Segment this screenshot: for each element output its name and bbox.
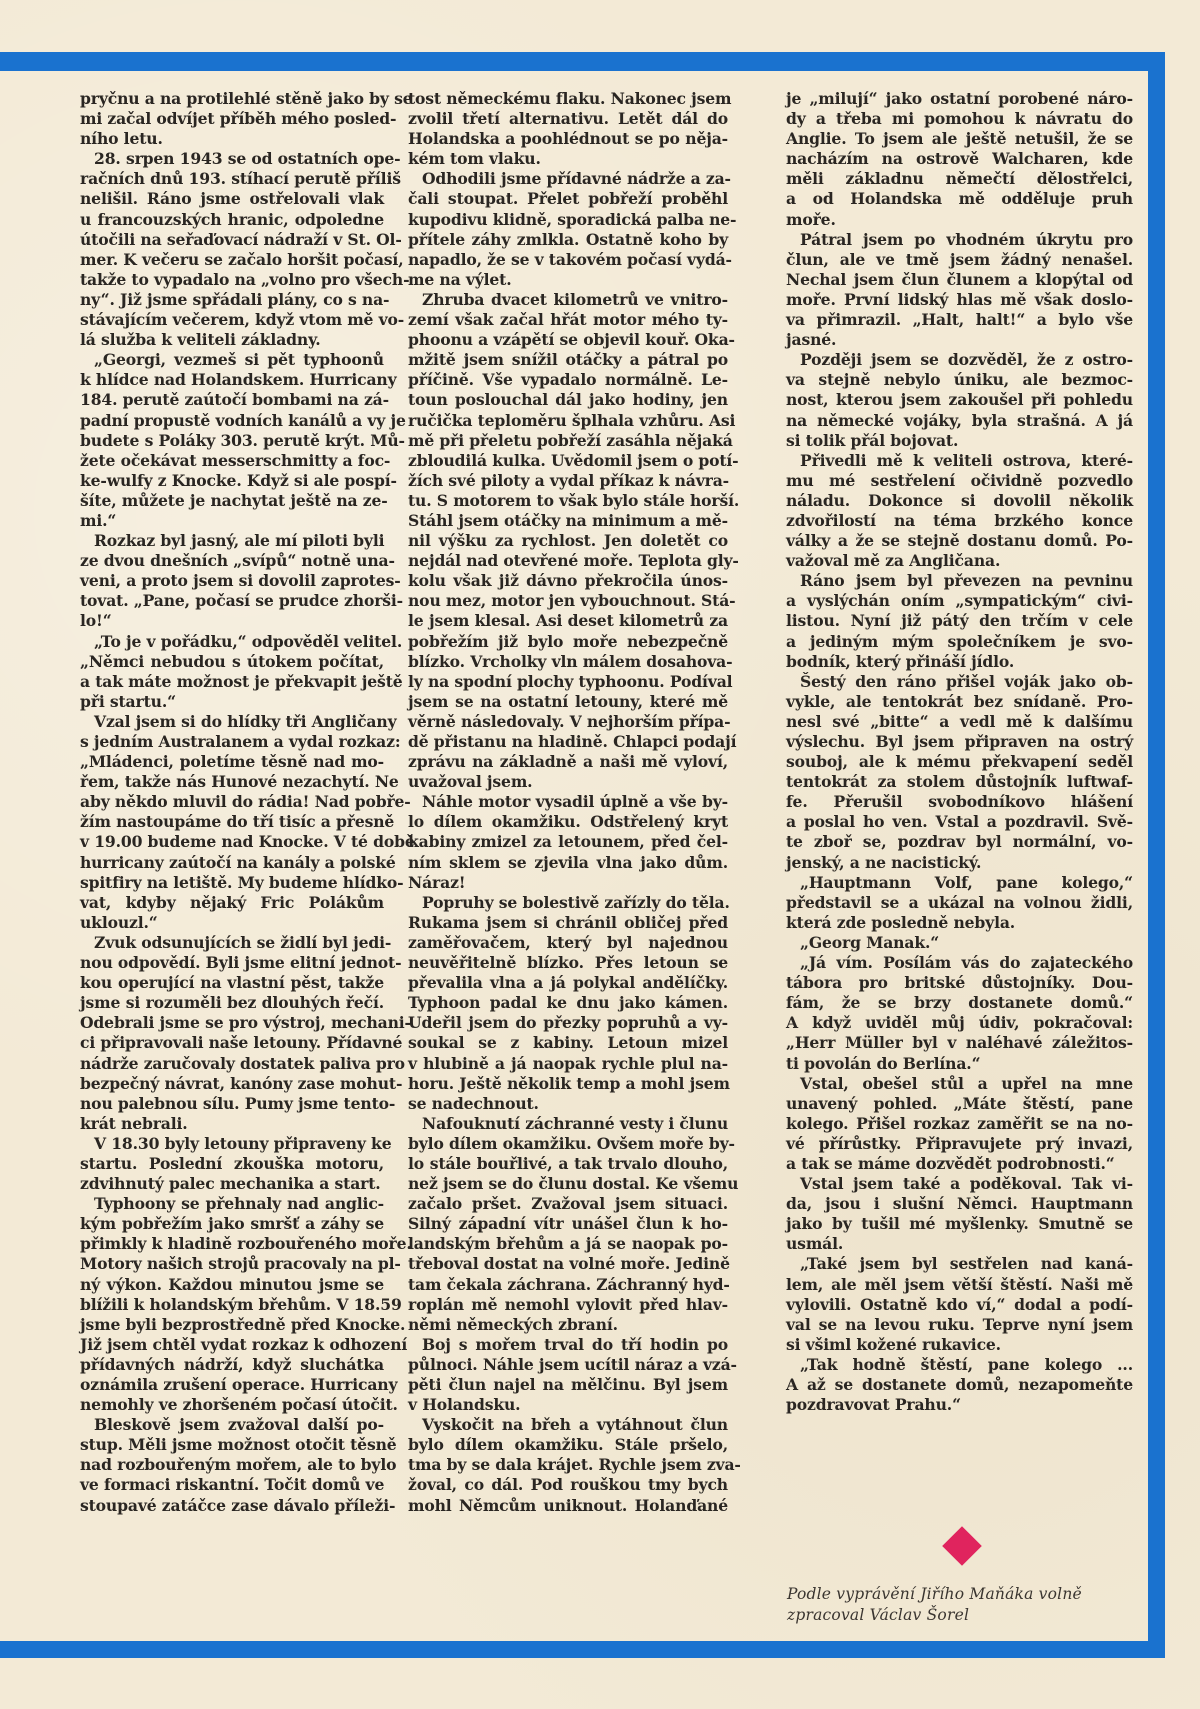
text-line: nádrže zaručovaly dostatek paliva pro <box>80 1054 384 1074</box>
text-line: Typhoony se přehnaly nad anglic- <box>80 1194 384 1214</box>
text-line: roplán mě nemohl vylovit před hlav- <box>408 1295 728 1315</box>
text-line: dy a třeba mi pomohou k návratu do <box>786 109 1133 129</box>
text-line: budete s Poláky 303. perutě krýt. Mů- <box>80 431 384 451</box>
text-line: kou operující na vlastní pěst, takže <box>80 973 384 993</box>
text-line: u francouzských hranic, odpoledne <box>80 210 384 230</box>
text-line: ručička teploměru šplhala vzhůru. Asi <box>408 411 728 431</box>
text-line: fe. Přerušil svobodníkovo hlášení <box>786 792 1133 812</box>
text-line: vylovili. Ostatně kdo ví,“ dodal a podí- <box>786 1295 1133 1315</box>
text-line: pozdravovat Prahu.“ <box>786 1395 1133 1415</box>
text-line: souboj, ale k mému překvapení seděl <box>786 752 1133 772</box>
text-line: kým pobřežím jako smršť a záhy se <box>80 1214 384 1234</box>
text-line: mer. K večeru se začalo horšit počasí, <box>80 250 384 270</box>
text-line: jsem se na ostatní letouny, které mě <box>408 692 728 712</box>
text-line: toun poslouchal dál jako hodiny, jen <box>408 390 728 410</box>
text-line: usmál. <box>786 1234 1133 1254</box>
text-line: zaměřovačem, který byl najednou <box>408 933 728 953</box>
text-line: a poslal ho ven. Vstal a pozdravil. Svě- <box>786 812 1133 832</box>
text-line: mi.“ <box>80 511 384 531</box>
text-line: žoval, co dál. Pod rouškou tmy bych <box>408 1475 728 1495</box>
text-line: Již jsem chtěl vydat rozkaz k odhození <box>80 1335 384 1355</box>
text-line: horu. Ještě několik temp a mohl jsem <box>408 1074 728 1094</box>
text-line: začalo pršet. Zvažoval jsem situaci. <box>408 1194 728 1214</box>
text-line: veni, a proto jsem si dovolil zaprotes- <box>80 571 384 591</box>
text-line: války a že se stejně dostanu domů. Po- <box>786 531 1133 551</box>
text-line: zvolil třetí alternativu. Letět dál do <box>408 109 728 129</box>
article-column-3: je „milují“ jako ostatní porobené náro-d… <box>786 89 1133 1415</box>
text-line: převalila vlna a já polykal andělíčky. <box>408 973 728 993</box>
text-line: nou palebnou sílu. Pumy jsme tento- <box>80 1094 384 1114</box>
text-line: le jsem klesal. Asi deset kilometrů za <box>408 611 728 631</box>
text-line: važoval mě za Angličana. <box>786 551 1133 571</box>
text-line: útočili na seřaďovací nádraží v St. Ol- <box>80 230 384 250</box>
text-line: tu. S motorem to však bylo stále horší. <box>408 491 728 511</box>
text-line: tost německému flaku. Nakonec jsem <box>408 89 728 109</box>
text-line: mi začal odvíjet příběh mého posled- <box>80 109 384 129</box>
text-line: lo dílem okamžiku. Odstřelený kryt <box>408 812 728 832</box>
text-line: Vstal jsem také a poděkoval. Tak vi- <box>786 1174 1133 1194</box>
text-line: nelišil. Ráno jsme ostřelovali vlak <box>80 189 384 209</box>
text-line: přídavných nádrží, když sluchátka <box>80 1355 384 1375</box>
text-line: náladu. Dokonce si dovolil několik <box>786 491 1133 511</box>
text-line: Motory našich strojů pracovaly na pl- <box>80 1254 384 1274</box>
text-line: Vstal, obešel stůl a upřel na mne <box>786 1074 1133 1094</box>
text-line: ci připravovali naše letouny. Přídavné <box>80 1033 384 1053</box>
text-line: 28. srpen 1943 se od ostatních ope- <box>80 149 384 169</box>
text-line: Odhodili jsme přídavné nádrže a za- <box>408 169 728 189</box>
text-line: stup. Měli jsme možnost otočit těsně <box>80 1435 384 1455</box>
text-line: lá služba k veliteli základny. <box>80 330 384 350</box>
text-line: a tak máte možnost je překvapit ještě <box>80 672 384 692</box>
text-line: pobřežím již bylo moře nebezpečně <box>408 632 728 652</box>
text-line: než jsem se do člunu dostal. Ke všemu <box>408 1174 728 1194</box>
text-line: Vyskočit na břeh a vytáhnout člun <box>408 1415 728 1435</box>
text-line: Náraz! <box>408 873 728 893</box>
text-line: pryčnu a na protilehlé stěně jako by se <box>80 89 384 109</box>
text-line: A když uviděl můj údiv, pokračoval: <box>786 1013 1133 1033</box>
text-line: me na výlet. <box>408 270 728 290</box>
text-line: moře. První lidský hlas mě však doslo- <box>786 290 1133 310</box>
text-line: žím nastoupáme do tří tisíc a přesně <box>80 812 384 832</box>
credit-line-2: zpracoval Václav Šorel <box>787 1605 1137 1626</box>
text-line: takže to vypadalo na „volno pro všech- <box>80 270 384 290</box>
text-line: „To je v pořádku,“ odpověděl velitel. <box>80 632 384 652</box>
text-line: v 19.00 budeme nad Knocke. V té době <box>80 832 384 852</box>
text-line: stoupavé zatáčce zase dávalo příleži- <box>80 1496 384 1516</box>
text-line: žích své piloty a vydal příkaz k návra- <box>408 471 728 491</box>
text-line: kabiny zmizel za letounem, před čel- <box>408 832 728 852</box>
text-line: bezpečný návrat, kanóny zase mohut- <box>80 1074 384 1094</box>
text-line: Holandska a poohlédnout se po něja- <box>408 129 728 149</box>
text-line: da, jsou i slušní Němci. Hauptmann <box>786 1194 1133 1214</box>
text-line: půlnoci. Náhle jsem ucítil náraz a vzá- <box>408 1355 728 1375</box>
author-credit: Podle vyprávění Jiřího Maňáka volně zpra… <box>787 1584 1137 1626</box>
text-line: představil se a ukázal na volnou židli, <box>786 893 1133 913</box>
text-line: Bleskově jsem zvažoval další po- <box>80 1415 384 1435</box>
text-line: ním sklem se zjevila vlna jako dům. <box>408 853 728 873</box>
text-line: věrně následovaly. V nejhorším přípa- <box>408 712 728 732</box>
text-line: tábora pro britské důstojníky. Dou- <box>786 973 1133 993</box>
text-line: k hlídce nad Holandskem. Hurricany <box>80 370 384 390</box>
text-line: bodník, který přináší jídlo. <box>786 652 1133 672</box>
text-line: napadlo, že se v takovém počasí vydá- <box>408 250 728 270</box>
text-line: zdvořilostí na téma brzkého konce <box>786 511 1133 531</box>
text-line: a od Holandska mě odděluje pruh <box>786 189 1133 209</box>
text-line: „Mládenci, poletíme těsně nad mo- <box>80 752 384 772</box>
text-line: tam čekala záchrana. Záchranný hyd- <box>408 1275 728 1295</box>
text-line: mě při přeletu pobřeží zasáhla nějaká <box>408 431 728 451</box>
text-line: kolu však již dávno překročila únos- <box>408 571 728 591</box>
text-line: ke-wulfy z Knocke. Když si ale pospí- <box>80 471 384 491</box>
text-line: příčině. Vše vypadalo normálně. Le- <box>408 370 728 390</box>
text-line: oznámila zrušení operace. Hurricany <box>80 1375 384 1395</box>
text-line: čali stoupat. Přelet pobřeží proběhl <box>408 189 728 209</box>
text-line: jsme byli bezprostředně před Knocke. <box>80 1315 384 1335</box>
text-line: mu mé sestřelení očividně pozvedlo <box>786 471 1133 491</box>
text-line: Později jsem se dozvěděl, že z ostro- <box>786 350 1133 370</box>
text-line: žete očekávat messerschmitty a foc- <box>80 451 384 471</box>
text-line: uklouzl.“ <box>80 913 384 933</box>
text-line: přimkly k hladině rozbouřeného moře. <box>80 1234 384 1254</box>
text-line: ný výkon. Každou minutou jsme se <box>80 1275 384 1295</box>
text-line: při startu.“ <box>80 692 384 712</box>
text-line: Odebrali jsme se pro výstroj, mechani- <box>80 1013 384 1033</box>
text-line: „Georgi, vezmeš si pět typhoonů <box>80 350 384 370</box>
diamond-icon <box>942 1526 982 1566</box>
text-line: va přimrazil. „Halt, halt!“ a bylo vše <box>786 310 1133 330</box>
text-line: fám, že se brzy dostanete domů.“ <box>786 993 1133 1013</box>
text-line: račních dnů 193. stíhací perutě příliš <box>80 169 384 189</box>
text-line: padní propustě vodních kanálů a vy je <box>80 411 384 431</box>
text-line: Silný západní vítr unášel člun k ho- <box>408 1214 728 1234</box>
text-line: Popruhy se bolestivě zařízly do těla. <box>408 893 728 913</box>
text-line: „Hauptmann Volf, pane kolego,“ <box>786 873 1133 893</box>
text-line: nost, kterou jsem zakoušel při pohledu <box>786 390 1133 410</box>
text-line: a tak se máme dozvědět podrobnosti.“ <box>786 1154 1133 1174</box>
text-line: ly na spodní plochy typhoonu. Podíval <box>408 672 728 692</box>
text-line: Boj s mořem trval do tří hodin po <box>408 1335 728 1355</box>
text-line: v hlubině a já naopak rychle plul na- <box>408 1054 728 1074</box>
text-line: jsme si rozuměli bez dlouhých řečí. <box>80 993 384 1013</box>
text-line: „Také jsem byl sestřelen nad kaná- <box>786 1254 1133 1274</box>
text-line: soukal se z kabiny. Letoun mizel <box>408 1033 728 1053</box>
text-line: Anglie. To jsem ale ještě netušil, že se <box>786 129 1133 149</box>
text-line: Ráno jsem byl převezen na pevninu <box>786 571 1133 591</box>
text-line: nacházím na ostrově Walcharen, kde <box>786 149 1133 169</box>
text-line: jako by tušil mé myšlenky. Smutně se <box>786 1214 1133 1234</box>
text-line: Pátral jsem po vhodném úkrytu pro <box>786 230 1133 250</box>
text-line: nou odpovědí. Byli jsme elitní jednot- <box>80 953 384 973</box>
text-line: němi německých zbraní. <box>408 1315 728 1335</box>
text-line: val se na levou ruku. Teprve nyní jsem <box>786 1315 1133 1335</box>
text-line: spitfiry na letiště. My budeme hlídko- <box>80 873 384 893</box>
text-line: aby někdo mluvil do rádia! Nad pobře- <box>80 792 384 812</box>
text-line: krát nebrali. <box>80 1114 384 1134</box>
text-line: nesl své „bitte“ a vedl mě k dalšímu <box>786 712 1133 732</box>
text-line: Rozkaz byl jasný, ale mí piloti byli <box>80 531 384 551</box>
text-line: a jediným mým společníkem je svo- <box>786 632 1133 652</box>
text-line: nemohly ve zhoršeném počasí útočit. <box>80 1395 384 1415</box>
text-line: výslechu. Byl jsem připraven na ostrý <box>786 732 1133 752</box>
text-line: te zboř se, pozdrav byl normální, vo- <box>786 832 1133 852</box>
text-line: nejdál nad otevřené moře. Teplota gly- <box>408 551 728 571</box>
text-line: Typhoon padal ke dnu jako kámen. <box>408 993 728 1013</box>
text-line: v Holandsku. <box>408 1395 728 1415</box>
text-line: blížili k holandským břehům. V 18.59 <box>80 1295 384 1315</box>
text-line: landským břehům a já se naopak po- <box>408 1234 728 1254</box>
text-line: Přivedli mě k veliteli ostrova, které- <box>786 451 1133 471</box>
text-line: V 18.30 byly letouny připraveny ke <box>80 1134 384 1154</box>
text-line: nou mez, motor jen vybouchnout. Stá- <box>408 591 728 611</box>
text-line: Udeřil jsem do přezky popruhů a vy- <box>408 1013 728 1033</box>
text-line: třeboval dostat na volné moře. Jedině <box>408 1254 728 1274</box>
text-line: zbloudilá kulka. Uvědomil jsem o potí- <box>408 451 728 471</box>
text-line: přítele záhy zmlkla. Ostatně koho by <box>408 230 728 250</box>
text-line: Náhle motor vysadil úplně a vše by- <box>408 792 728 812</box>
text-line: hurricany zaútočí na kanály a polské <box>80 853 384 873</box>
text-line: Nechal jsem člun člunem a klopýtal od <box>786 270 1133 290</box>
article-column-2: tost německému flaku. Nakonec jsemzvolil… <box>408 89 728 1516</box>
text-line: vykle, ale tentokrát bez snídaně. Pro- <box>786 692 1133 712</box>
text-line: Vzal jsem si do hlídky tři Angličany <box>80 712 384 732</box>
text-line: ny“. Již jsme spřádali plány, co s na- <box>80 290 384 310</box>
text-line: A až se dostanete domů, nezapomeňte <box>786 1375 1133 1395</box>
text-line: dě přistanu na hladině. Chlapci podají <box>408 732 728 752</box>
text-line: „Tak hodně štěstí, pane kolego ... <box>786 1355 1133 1375</box>
text-line: člun, ale ve tmě jsem žádný nenašel. <box>786 250 1133 270</box>
text-line: s jedním Australanem a vydal rozkaz: <box>80 732 384 752</box>
text-line: jenský, a ne nacistický. <box>786 853 1133 873</box>
text-line: Stáhl jsem otáčky na minimum a mě- <box>408 511 728 531</box>
text-line: startu. Poslední zkouška motoru, <box>80 1154 384 1174</box>
text-line: Rukama jsem si chránil obličej před <box>408 913 728 933</box>
text-line: phoonu a vzápětí se objevil kouř. Oka- <box>408 330 728 350</box>
text-line: měli základnu němečtí dělostřelci, <box>786 169 1133 189</box>
text-line: 184. perutě zaútočí bombami na zá- <box>80 390 384 410</box>
text-line: lo stále bouřlivé, a tak trvalo dlouho, <box>408 1154 728 1174</box>
text-line: ze dvou dnešních „svípů“ notně una- <box>80 551 384 571</box>
text-line: zemí však začal hřát motor mého ty- <box>408 310 728 330</box>
frame-right-bar <box>1148 52 1165 1658</box>
text-line: moře. <box>786 210 1133 230</box>
text-line: va stejně nebylo úniku, ale bezmoc- <box>786 370 1133 390</box>
text-line: vé přírůstky. Připravujete prý invazi, <box>786 1134 1133 1154</box>
text-line: bylo dílem okamžiku. Stále pršelo, <box>408 1435 728 1455</box>
text-line: jasné. <box>786 330 1133 350</box>
text-line: stávajícím večerem, když vtom mě vo- <box>80 310 384 330</box>
text-line: uvažoval jsem. <box>408 772 728 792</box>
text-line: pěti člun najel na mělčinu. Byl jsem <box>408 1375 728 1395</box>
text-line: která zde posledně nebyla. <box>786 913 1133 933</box>
text-line: unavený pohled. „Máte štěstí, pane <box>786 1094 1133 1114</box>
text-line: nil výšku za rychlost. Jen doletět co <box>408 531 728 551</box>
text-line: tovat. „Pane, počasí se prudce zhorši- <box>80 591 384 611</box>
text-line: blízko. Vrcholky vln málem dosahova- <box>408 652 728 672</box>
article-column-1: pryčnu a na protilehlé stěně jako by sem… <box>80 89 384 1516</box>
text-line: tentokrát za stolem důstojník luftwaf- <box>786 772 1133 792</box>
text-line: „Georg Manak.“ <box>786 933 1133 953</box>
text-line: ního letu. <box>80 129 384 149</box>
text-line: ti povolán do Berlína.“ <box>786 1054 1133 1074</box>
text-line: kolego. Přišel rozkaz zaměřit se na no- <box>786 1114 1133 1134</box>
text-line: zprávu na základně a naši mě vyloví, <box>408 752 728 772</box>
text-line: „Herr Müller byl v naléhavé záležitos- <box>786 1033 1133 1053</box>
text-line: „Němci nebudou s útokem počítat, <box>80 652 384 672</box>
text-line: na německé vojáky, byla strašná. A já <box>786 411 1133 431</box>
text-line: kém tom vlaku. <box>408 149 728 169</box>
text-line: lem, ale měl jsem větší štěstí. Naši mě <box>786 1275 1133 1295</box>
text-line: se nadechnout. <box>408 1094 728 1114</box>
text-line: „Já vím. Posílám vás do zajateckého <box>786 953 1133 973</box>
frame-top-bar <box>0 52 1165 71</box>
text-line: Šestý den ráno přišel voják jako ob- <box>786 672 1133 692</box>
text-line: lo!“ <box>80 611 384 631</box>
text-line: kupodivu klidně, sporadická palba ne- <box>408 210 728 230</box>
text-line: Zhruba dvacet kilometrů ve vnitro- <box>408 290 728 310</box>
text-line: listou. Nyní již pátý den trčím v cele <box>786 611 1133 631</box>
text-line: ve formaci riskantní. Točit domů ve <box>80 1475 384 1495</box>
text-line: neuvěřitelně blízko. Přes letoun se <box>408 953 728 973</box>
text-line: a vyslýchán oním „sympatickým“ civi- <box>786 591 1133 611</box>
text-line: bylo dílem okamžiku. Ovšem moře by- <box>408 1134 728 1154</box>
text-line: Zvuk odsunujících se židlí byl jedi- <box>80 933 384 953</box>
text-line: mžitě jsem snížil otáčky a pátral po <box>408 350 728 370</box>
text-line: si tolik přál bojovat. <box>786 431 1133 451</box>
text-line: si všiml kožené rukavice. <box>786 1335 1133 1355</box>
text-line: nad rozbouřeným mořem, ale to bylo <box>80 1455 384 1475</box>
text-line: řem, takže nás Hunové nezachytí. Ne <box>80 772 384 792</box>
credit-line-1: Podle vyprávění Jiřího Maňáka volně <box>787 1584 1137 1605</box>
text-line: Nafouknutí záchranné vesty i člunu <box>408 1114 728 1134</box>
text-line: mohl Němcům uniknout. Holanďané <box>408 1496 728 1516</box>
frame-bottom-bar <box>0 1641 1165 1658</box>
text-line: zdvihnutý palec mechanika a start. <box>80 1174 384 1194</box>
text-line: je „milují“ jako ostatní porobené náro- <box>786 89 1133 109</box>
text-line: tma by se dala krájet. Rychle jsem zva- <box>408 1455 728 1475</box>
text-line: šíte, můžete je nachytat ještě na ze- <box>80 491 384 511</box>
text-line: vat, kdyby nějaký Fric Polákům <box>80 893 384 913</box>
